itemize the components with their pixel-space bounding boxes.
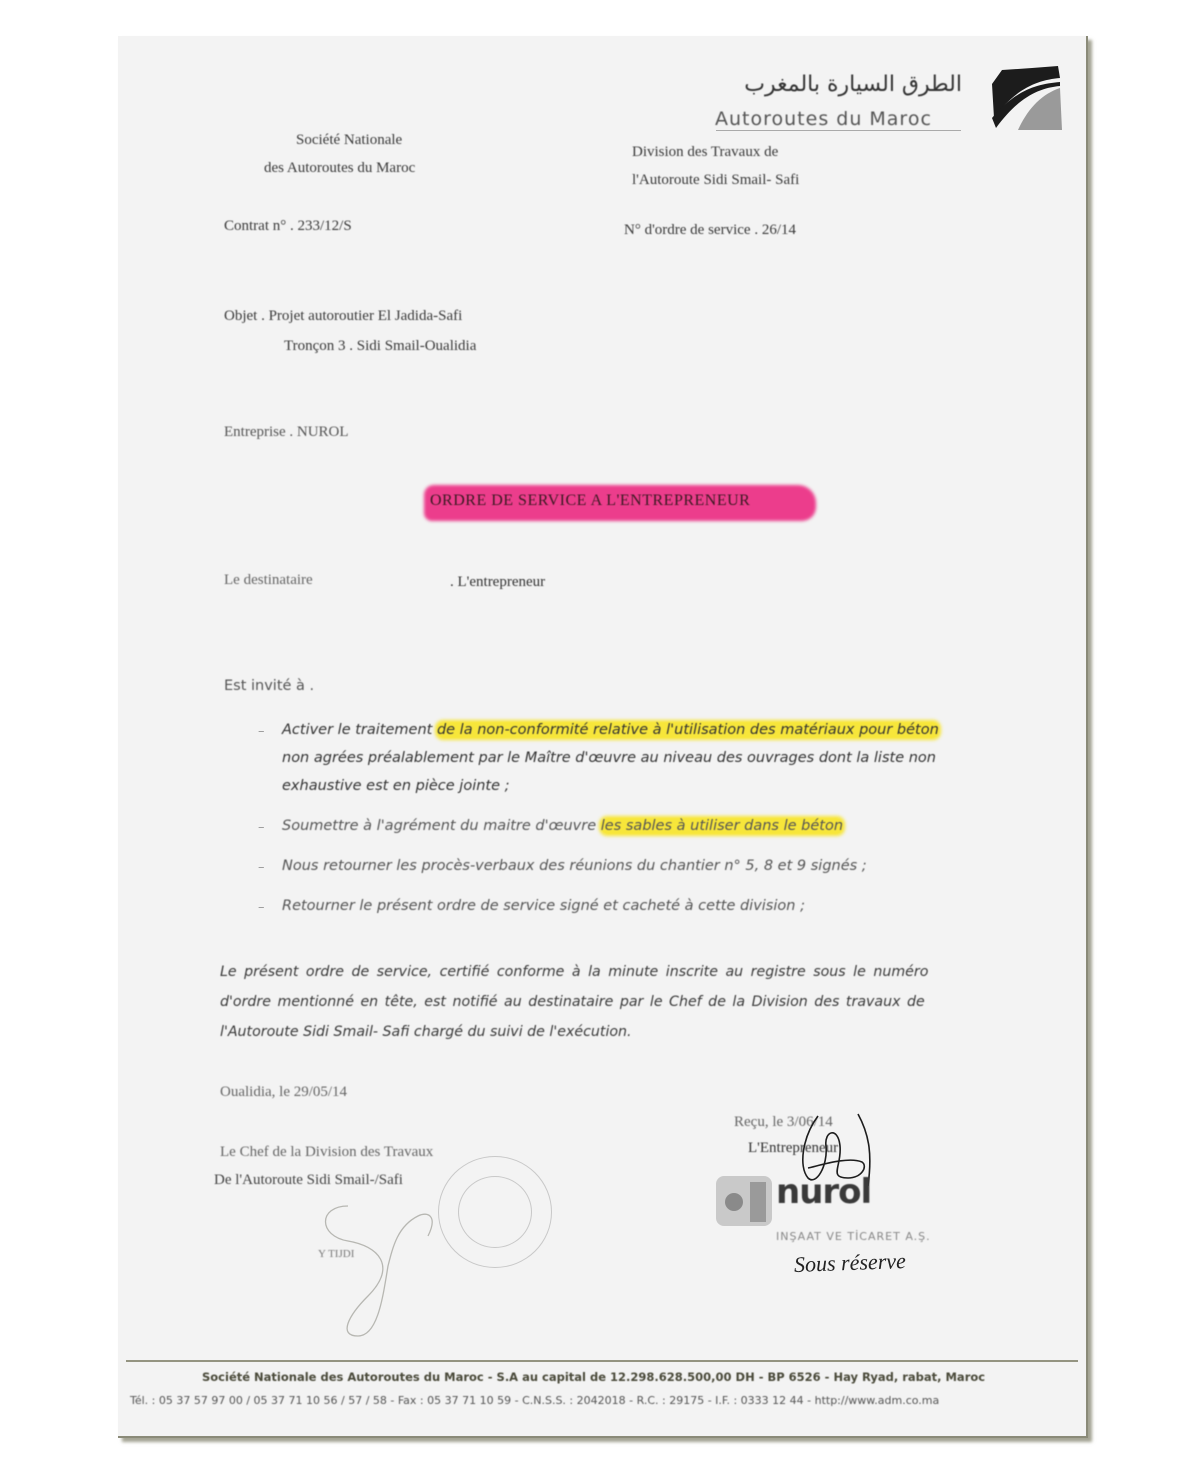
bullet-dash: – bbox=[258, 724, 265, 739]
invited-label: Est invité à . bbox=[224, 678, 314, 694]
adm-road-logo-icon bbox=[988, 56, 1064, 134]
company: Entreprise . NUROL bbox=[224, 424, 349, 441]
nurol-subtitle: INŞAAT VE TİCARET A.Ş. bbox=[776, 1230, 931, 1243]
item-4: Retourner le présent ordre de service si… bbox=[282, 898, 805, 914]
item-1-line3: exhaustive est en pièce jointe ; bbox=[282, 778, 510, 794]
brand-arabic: الطرق السيارة بالمغرب bbox=[714, 72, 962, 97]
bullet-dash: – bbox=[258, 860, 265, 875]
bullet-dash: – bbox=[258, 820, 265, 835]
recipient-value: . L'entrepreneur bbox=[450, 574, 545, 591]
nurol-wordmark: nurol bbox=[776, 1172, 871, 1212]
highlight-sands: les sables à utiliser dans le béton bbox=[601, 818, 843, 834]
item-1-line1: Activer le traitement de la non-conformi… bbox=[282, 722, 939, 738]
bullet-dash: – bbox=[258, 900, 265, 915]
org-name-line2: des Autoroutes du Maroc bbox=[264, 160, 415, 177]
subject-line2: Tronçon 3 . Sidi Smail-Oualidia bbox=[284, 338, 476, 355]
org-name-line1: Société Nationale bbox=[296, 132, 402, 149]
brand-divider bbox=[716, 130, 961, 131]
footer-line1: Société Nationale des Autoroutes du Maro… bbox=[202, 1370, 985, 1384]
item-3: Nous retourner les procès-verbaux des ré… bbox=[282, 858, 867, 874]
division-line2: l'Autoroute Sidi Smail- Safi bbox=[632, 172, 799, 189]
closing-line1: Le présent ordre de service, certifié co… bbox=[220, 964, 928, 980]
contract-number: Contrat n° . 233/12/S bbox=[224, 218, 352, 235]
order-number: N° d'ordre de service . 26/14 bbox=[624, 222, 796, 239]
highlight-nonconformity: de la non-conformité relative à l'utilis… bbox=[437, 722, 939, 738]
footer-divider bbox=[126, 1360, 1078, 1362]
place-date: Oualidia, le 29/05/14 bbox=[220, 1084, 347, 1101]
closing-line2: d'ordre mentionné en tête, est notifié a… bbox=[220, 994, 925, 1010]
brand-latin: Autoroutes du Maroc bbox=[715, 108, 932, 130]
division-line1: Division des Travaux de bbox=[632, 144, 778, 161]
item-1-line2: non agrées préalablement par le Maître d… bbox=[282, 750, 936, 766]
recipient-label: Le destinataire bbox=[224, 572, 313, 589]
signature-left-icon bbox=[288, 1186, 488, 1346]
closing-line3: l'Autoroute Sidi Smail- Safi chargé du s… bbox=[220, 1024, 632, 1040]
item-2: Soumettre à l'agrément du maitre d'œuvre… bbox=[282, 818, 843, 834]
subject-line1: Objet . Projet autoroutier El Jadida-Saf… bbox=[224, 308, 462, 325]
signatory-left-line1: Le Chef de la Division des Travaux bbox=[220, 1144, 433, 1161]
document-page: الطرق السيارة بالمغرب Autoroutes du Maro… bbox=[118, 36, 1088, 1438]
document-title: ORDRE DE SERVICE A L'ENTREPRENEUR bbox=[430, 492, 750, 510]
nurol-logo-icon bbox=[714, 1172, 774, 1230]
footer-line2: Tél. : 05 37 57 97 00 / 05 37 71 10 56 /… bbox=[130, 1394, 939, 1407]
handwritten-note: Sous réserve bbox=[794, 1248, 907, 1278]
